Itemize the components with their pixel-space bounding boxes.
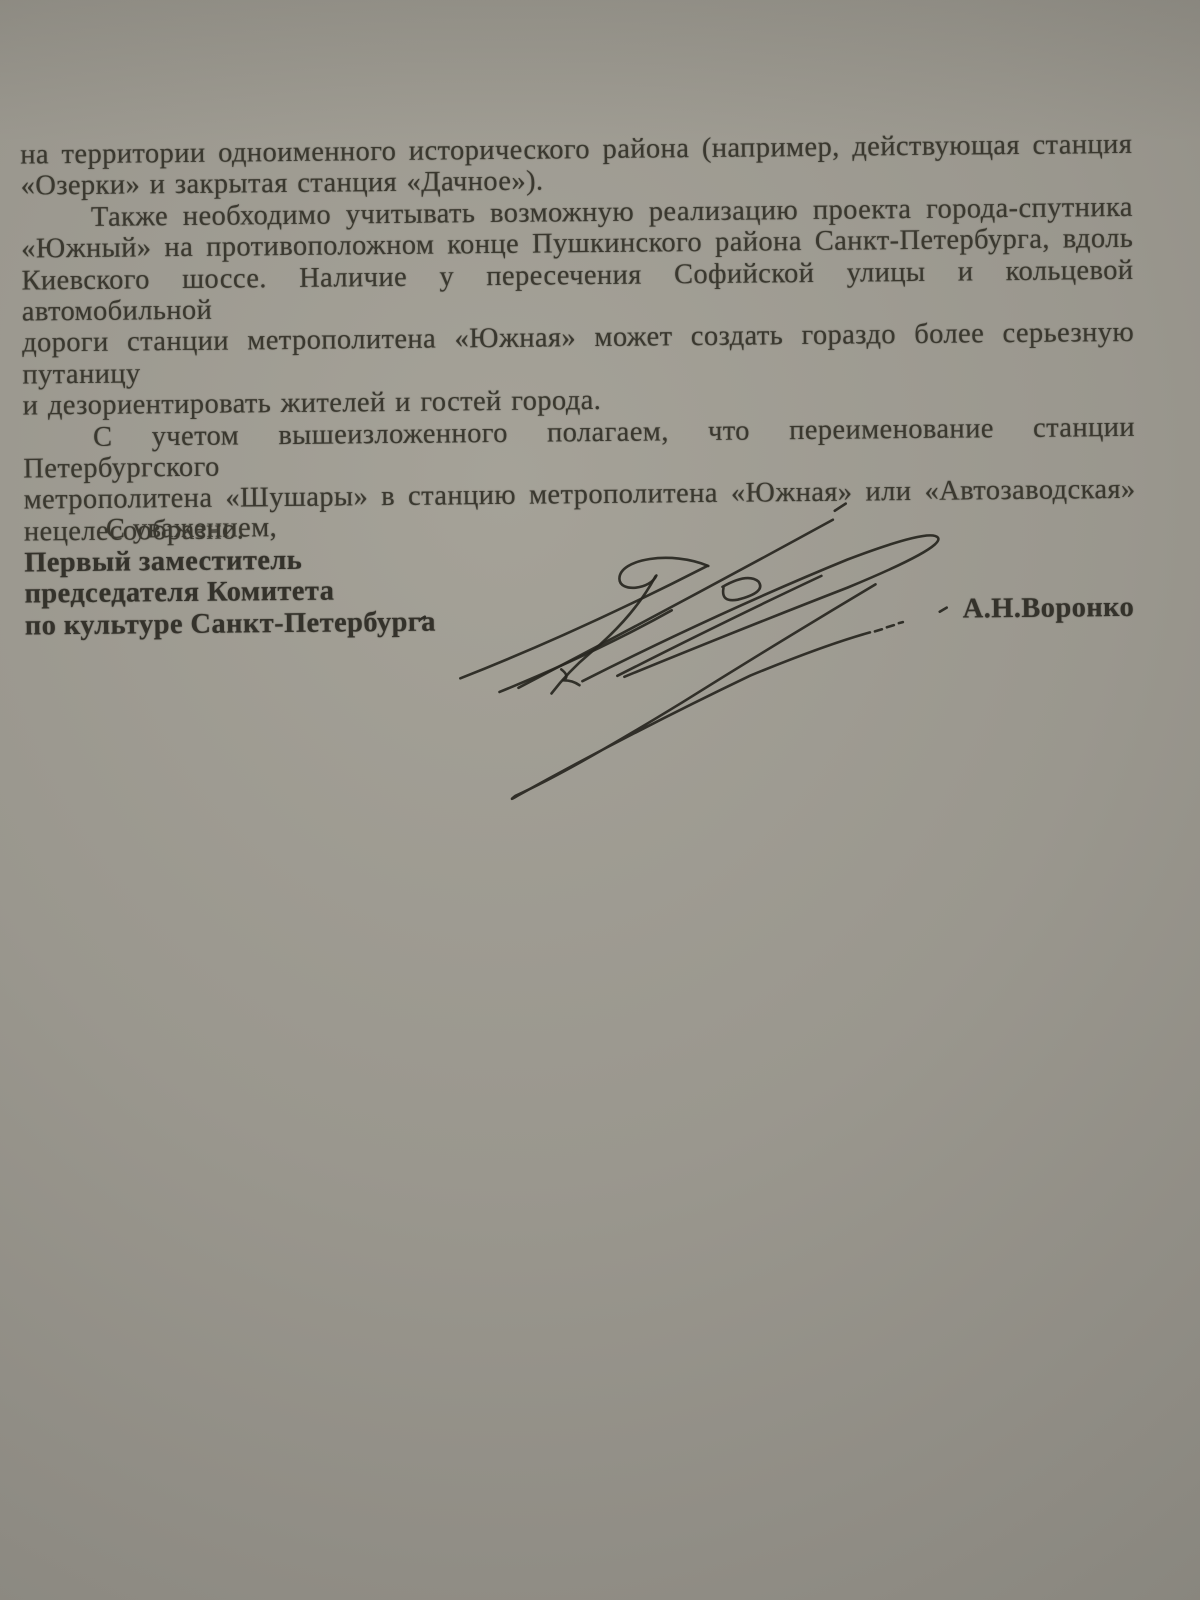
letter-line: С учетом вышеизложенного полагаем, что п…	[23, 412, 1136, 485]
signer-title: Первый заместитель председателя Комитета…	[24, 544, 436, 642]
page-content: на территории одноименного исторического…	[0, 0, 1200, 1600]
closing-salutation: С уважением,	[24, 512, 277, 546]
signer-title-line: председателя Комитета	[24, 575, 435, 610]
letter-line: дороги станции метрополитена «Южная» мож…	[22, 317, 1135, 390]
signer-title-line: Первый заместитель	[24, 544, 435, 579]
letter-line: Киевского шоссе. Наличие у пересечения С…	[21, 254, 1134, 327]
letter-page: на территории одноименного исторического…	[0, 0, 1200, 1600]
signer-title-line: по культуре Санкт-Петербурга	[25, 606, 436, 641]
signer-name: А.Н.Воронко	[963, 592, 1135, 625]
signature-ink	[419, 481, 982, 816]
